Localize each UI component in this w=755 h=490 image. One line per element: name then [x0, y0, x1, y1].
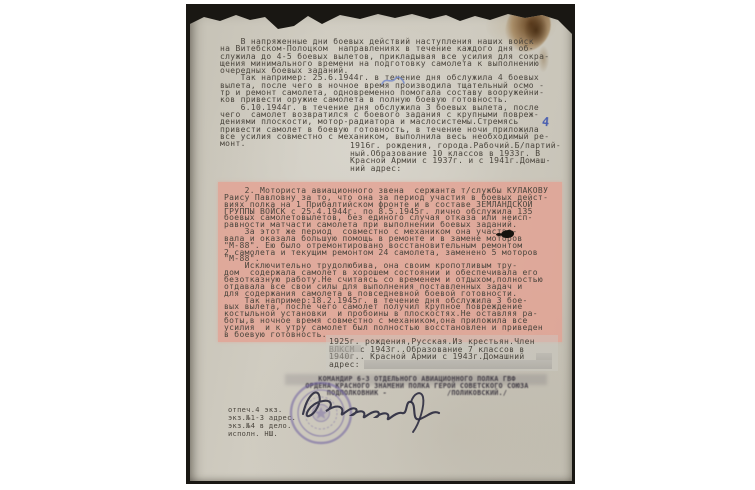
- text-line: все усилия совместно с механиком, выполн…: [220, 133, 560, 140]
- text-line: ний адрес:: [350, 165, 565, 173]
- erasure-patch: [536, 353, 552, 360]
- signature: [293, 378, 453, 436]
- pen-scribble-mark: [380, 74, 406, 88]
- citation-section-1: В напряженные дни боевых действий наступ…: [220, 38, 560, 147]
- citation-section-2: 2. Моториста авиационного звена сержанта…: [224, 188, 558, 339]
- text-line: отпеч.4 экз.: [228, 406, 296, 414]
- document-scan-backing: В напряженные дни боевых действий наступ…: [186, 4, 575, 484]
- erasure-patch: [329, 345, 361, 352]
- scan-page: В напряженные дни боевых действий наступ…: [0, 0, 755, 490]
- paper: В напряженные дни боевых действий наступ…: [190, 8, 572, 481]
- redaction-bar-address: [364, 360, 552, 369]
- text-line: экз.№1-3 адрес.: [228, 414, 296, 422]
- service-record-1: 1916г. рождения, города.Рабочий.Б/партий…: [350, 142, 565, 172]
- distribution-note: отпеч.4 экз.экз.№1-3 адрес.экз.№4 в дело…: [228, 406, 296, 438]
- erasure-patch: [329, 352, 353, 359]
- text-line: исполн. НШ.: [228, 430, 296, 438]
- text-line: 2 самолета и текущим ремонтом 24 самолет…: [224, 250, 558, 257]
- text-line: экз.№4 в дело.: [228, 422, 296, 430]
- margin-pen-mark: 4: [541, 116, 549, 129]
